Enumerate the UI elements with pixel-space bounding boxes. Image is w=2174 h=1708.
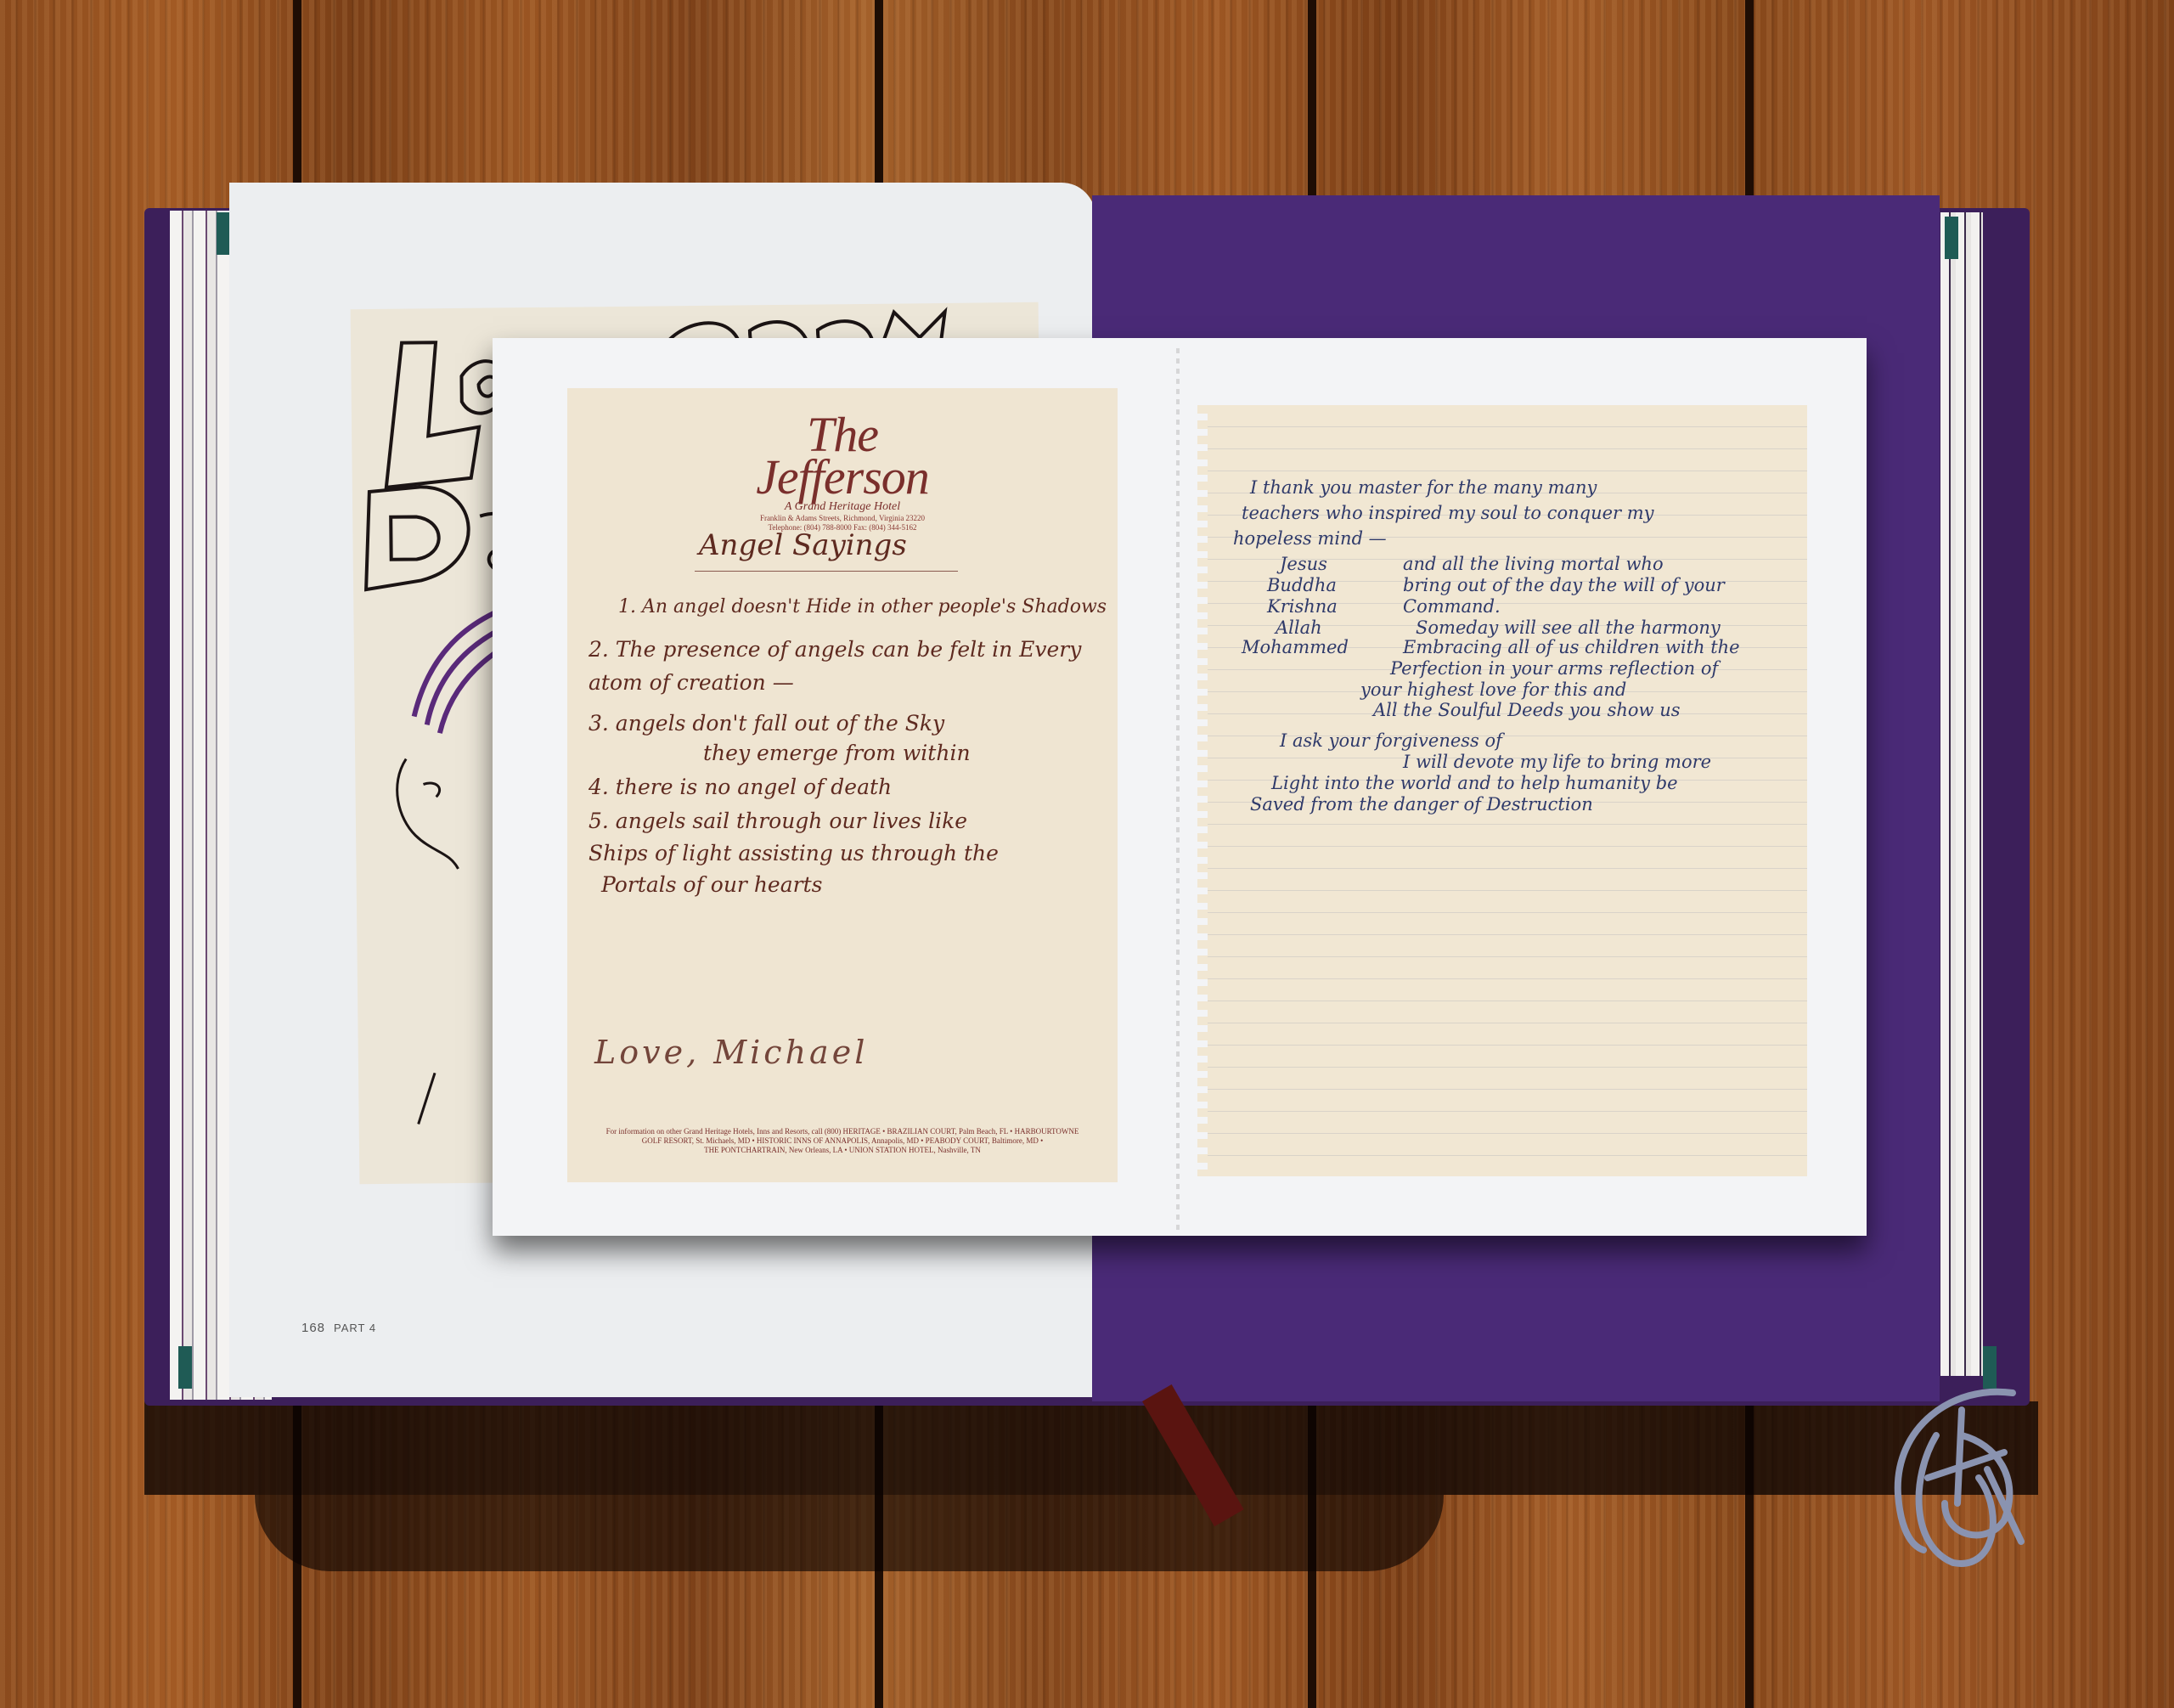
letter-line: they emerge from within [703,741,971,765]
book-shadow [144,1401,2038,1495]
letter-footer-line: GOLF RESORT, St. Michaels, MD • HISTORIC… [584,1136,1101,1146]
notebook-line: I thank you master for the many many [1250,477,1597,498]
notebook-line: I will devote my life to bring more [1403,752,1711,772]
notebook-name: Mohammed [1242,637,1349,657]
inset-spread-fold [1176,348,1180,1232]
letterhead-subtitle: A Grand Heritage Hotel [567,500,1118,514]
notebook-page: I thank you master for the many many tea… [1208,405,1807,1176]
notebook-line: your highest love for this and [1360,679,1626,700]
page-tab-teal [1945,217,1958,259]
autograph-mark [1877,1376,2047,1580]
notebook-line: All the Soulful Deeds you show us [1373,700,1681,720]
letter-heading: Angel Sayings [699,528,907,562]
letterhead-title-jefferson: Jefferson [567,456,1118,499]
page-tab-teal [178,1346,192,1389]
notebook-line: hopeless mind — [1233,528,1387,549]
letter-line: atom of creation — [589,670,794,695]
notebook-line: Embracing all of us children with the [1403,637,1740,657]
notebook-line: and all the living mortal who [1403,554,1664,574]
letter-line: Portals of our hearts [601,872,822,897]
notebook-line: Someday will see all the harmony [1416,617,1721,638]
notebook-line: teachers who inspired my soul to conquer… [1242,503,1654,523]
page-edges-right [1940,212,1983,1376]
letterhead-address: Franklin & Adams Streets, Richmond, Virg… [567,514,1118,523]
letter-line: 1. An angel doesn't Hide in other people… [618,596,1107,617]
hotel-letter: The Jefferson A Grand Heritage Hotel Fra… [567,388,1118,1182]
letter-line: 4. there is no angel of death [589,775,892,799]
notebook-line: Saved from the danger of Destruction [1250,794,1593,815]
letter-line: Ships of light assisting us through the [589,841,999,865]
notebook-line: bring out of the day the will of your [1403,575,1725,595]
letter-footer: For information on other Grand Heritage … [584,1127,1101,1155]
notebook-name: Allah [1276,617,1322,638]
letter-footer-line: For information on other Grand Heritage … [584,1127,1101,1136]
letter-line: 2. The presence of angels can be felt in… [589,637,1081,662]
notebook-line: Perfection in your arms reflection of [1390,658,1718,679]
page-tab-teal [217,212,230,255]
notebook-line: I ask your forgiveness of [1280,730,1502,751]
signature: Love, Michael [594,1034,868,1071]
heading-underline [695,571,958,572]
page-number: 168 [301,1321,325,1335]
letterhead: The Jefferson A Grand Heritage Hotel Fra… [567,414,1118,533]
letter-line: 5. angels sail through our lives like [589,809,967,833]
page-footer: 168PART 4 [301,1321,376,1335]
book-shadow [255,1495,1444,1571]
letter-line: 3. angels don't fall out of the Sky [589,711,944,736]
notebook-line: Light into the world and to help humanit… [1271,773,1678,793]
letter-footer-line: THE PONTCHARTRAIN, New Orleans, LA • UNI… [584,1146,1101,1155]
notebook-name: Krishna [1267,596,1338,617]
notebook-line: Command. [1403,596,1501,617]
section-label: PART 4 [334,1322,376,1334]
notebook-name: Jesus [1280,554,1327,574]
notebook-name: Buddha [1267,575,1337,595]
